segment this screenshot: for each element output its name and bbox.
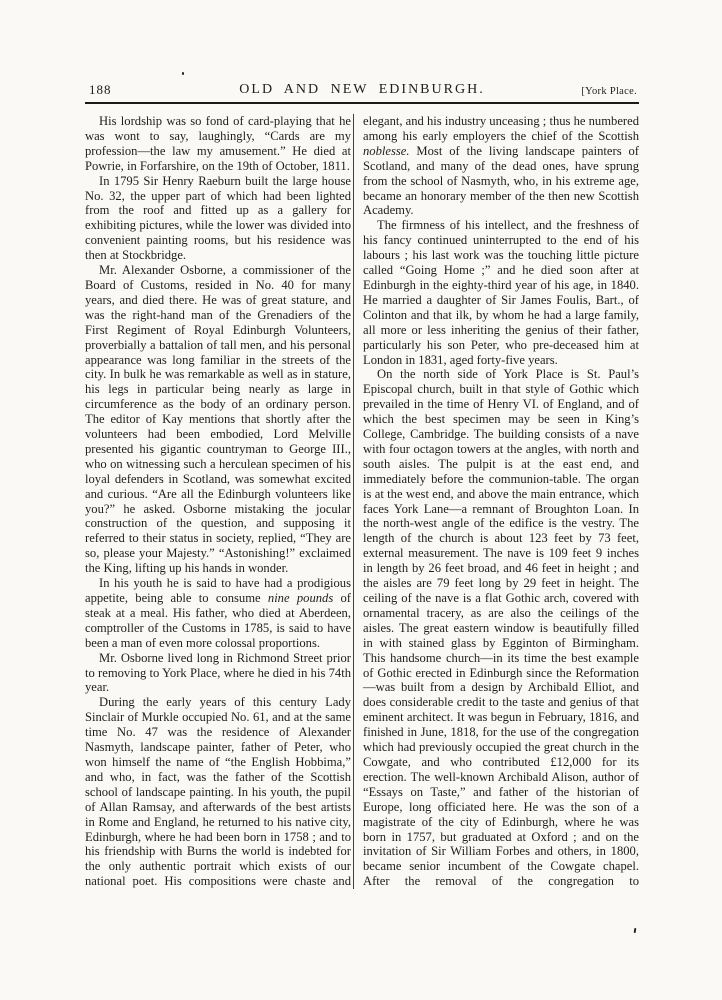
text-segment: Mr. Osborne lived long in Richmond Stree… [85,651,351,695]
text-segment: nine pounds [268,591,333,605]
page-header: 188 OLD AND NEW EDINBURGH. [York Place. [85,78,639,98]
header-section-label: [York Place. [581,86,637,97]
paragraph: During the early years of this century L… [85,695,351,889]
paragraph: On the north side of York Place is St. P… [363,367,639,889]
ink-speck [634,928,637,933]
paragraph: His lordship was so fond of card-playing… [85,114,351,174]
text-segment: elegant, and his industry unceasing ; th… [363,114,639,143]
text-segment: noblesse. [363,144,410,158]
paragraph: elegant, and his industry unceasing ; th… [363,114,639,218]
text-segment: His lordship was so fond of card-playing… [85,114,351,173]
right-column: elegant, and his industry unceasing ; th… [363,114,639,889]
text-segment: The firmness of his intellect, and the f… [363,218,639,366]
paragraph: Mr. Osborne lived long in Richmond Stree… [85,651,351,696]
header-rule [85,102,639,104]
paragraph: In 1795 Sir Henry Raeburn built the larg… [85,174,351,263]
text-segment: During the early years of this century L… [85,695,351,888]
text-segment: Mr. Alexander Osborne, a commissioner of… [85,263,351,575]
column-divider [353,114,354,889]
paragraph: In his youth he is said to have had a pr… [85,576,351,651]
left-column: His lordship was so fond of card-playing… [85,114,351,889]
text-columns: His lordship was so fond of card-playing… [85,114,639,889]
text-segment: In 1795 Sir Henry Raeburn built the larg… [85,174,351,263]
text-segment: On the north side of York Place is St. P… [363,367,639,888]
paragraph: Mr. Alexander Osborne, a commissioner of… [85,263,351,576]
paragraph: The firmness of his intellect, and the f… [363,218,639,367]
book-page: 188 OLD AND NEW EDINBURGH. [York Place. … [0,0,722,1000]
ink-speck [182,72,184,75]
running-title: OLD AND NEW EDINBURGH. [85,82,639,98]
